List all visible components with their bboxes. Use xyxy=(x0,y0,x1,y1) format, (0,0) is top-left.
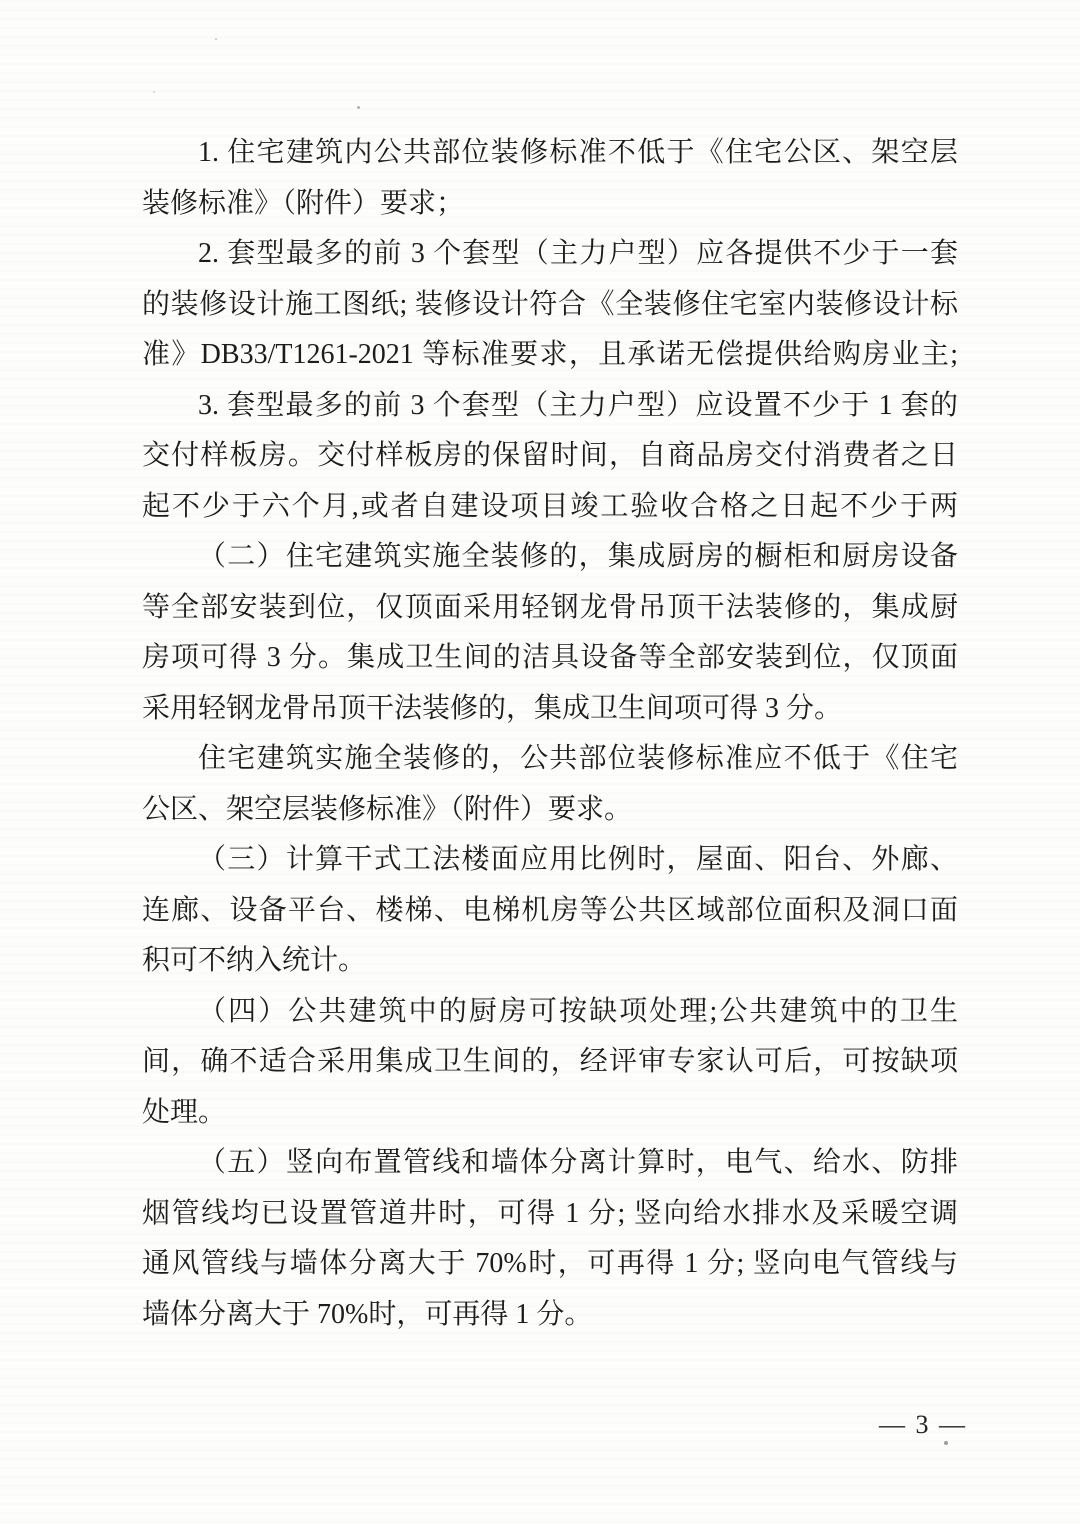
paragraph: 住宅建筑实施全装修的，公共部位装修标准应不低于《住宅公区、架空层装修标准》（附件… xyxy=(142,734,958,835)
text-line: 通风管线与墙体分离大于 70%时，可再得 1 分; 竖向电气管线与 xyxy=(142,1239,958,1290)
scan-speck xyxy=(215,38,217,40)
text-line: 住宅建筑实施全装修的，公共部位装修标准应不低于《住宅 xyxy=(142,734,958,785)
paragraph: 3. 套型最多的前 3 个套型（主力户型）应设置不少于 1 套的交付样板房。交付… xyxy=(142,381,958,533)
text-line: 处理。 xyxy=(142,1088,958,1139)
text-line: 积可不纳入统计。 xyxy=(142,936,958,987)
page-number: — 3 — xyxy=(868,1410,978,1440)
text-line: 采用轻钢龙骨吊顶干法装修的，集成卫生间项可得 3 分。 xyxy=(142,684,958,735)
text-line: 装修标准》（附件）要求； xyxy=(142,179,958,230)
text-line: 交付样板房。交付样板房的保留时间，自商品房交付消费者之日 xyxy=(142,431,958,482)
text-line: （五）竖向布置管线和墙体分离计算时，电气、给水、防排 xyxy=(142,1138,958,1189)
text-line: 房项可得 3 分。集成卫生间的洁具设备等全部安装到位，仅顶面 xyxy=(142,633,958,684)
paragraph: 2. 套型最多的前 3 个套型（主力户型）应各提供不少于一套的装修设计施工图纸;… xyxy=(142,229,958,381)
text-line: 3. 套型最多的前 3 个套型（主力户型）应设置不少于 1 套的 xyxy=(142,381,958,432)
text-line: 准》DB33/T1261-2021 等标准要求，且承诺无偿提供给购房业主; xyxy=(142,330,958,381)
text-line: 公区、架空层装修标准》（附件）要求。 xyxy=(142,785,958,836)
text-line: 等全部安装到位，仅顶面采用轻钢龙骨吊顶干法装修的，集成厨 xyxy=(142,583,958,634)
scan-speck xyxy=(357,106,360,109)
text-line: 间，确不适合采用集成卫生间的，经评审专家认可后，可按缺项 xyxy=(142,1037,958,1088)
scan-speck xyxy=(153,91,155,93)
text-line: 烟管线均已设置管道井时，可得 1 分; 竖向给水排水及采暖空调 xyxy=(142,1189,958,1240)
paragraph: （四）公共建筑中的厨房可按缺项处理;公共建筑中的卫生间，确不适合采用集成卫生间的… xyxy=(142,987,958,1139)
text-line: （二）住宅建筑实施全装修的，集成厨房的橱柜和厨房设备 xyxy=(142,532,958,583)
text-line: （三）计算干式工法楼面应用比例时，屋面、阳台、外廊、 xyxy=(142,835,958,886)
paragraph: （五）竖向布置管线和墙体分离计算时，电气、给水、防排烟管线均已设置管道井时，可得… xyxy=(142,1138,958,1340)
text-line: 起不少于六个月,或者自建设项目竣工验收合格之日起不少于两年。 xyxy=(142,482,958,533)
text-line: 2. 套型最多的前 3 个套型（主力户型）应各提供不少于一套 xyxy=(142,229,958,280)
document-body: 1. 住宅建筑内公共部位装修标准不低于《住宅公区、架空层装修标准》（附件）要求；… xyxy=(142,128,958,1340)
scan-speck xyxy=(944,1441,948,1445)
paragraph: （三）计算干式工法楼面应用比例时，屋面、阳台、外廊、连廊、设备平台、楼梯、电梯机… xyxy=(142,835,958,987)
text-line: 连廊、设备平台、楼梯、电梯机房等公共区域部位面积及洞口面 xyxy=(142,886,958,937)
paragraph: 1. 住宅建筑内公共部位装修标准不低于《住宅公区、架空层装修标准》（附件）要求； xyxy=(142,128,958,229)
text-line: 的装修设计施工图纸; 装修设计符合《全装修住宅室内装修设计标 xyxy=(142,280,958,331)
paragraph: （二）住宅建筑实施全装修的，集成厨房的橱柜和厨房设备等全部安装到位，仅顶面采用轻… xyxy=(142,532,958,734)
text-line: 1. 住宅建筑内公共部位装修标准不低于《住宅公区、架空层 xyxy=(142,128,958,179)
text-line: 墙体分离大于 70%时，可再得 1 分。 xyxy=(142,1290,958,1341)
text-line: （四）公共建筑中的厨房可按缺项处理;公共建筑中的卫生 xyxy=(142,987,958,1038)
